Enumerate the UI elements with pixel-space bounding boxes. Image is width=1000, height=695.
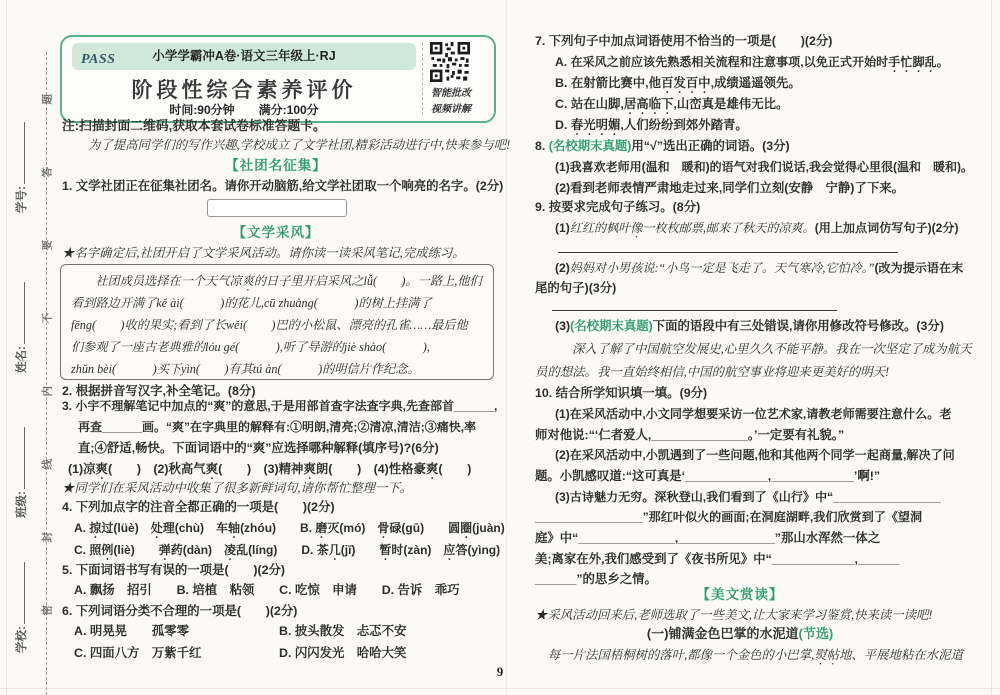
scan-edge-left	[6, 0, 7, 695]
question-6-options-cd: C. 四面八方 万紫千红D. 闪闪发光 哈哈大笑	[74, 643, 406, 663]
seal-char: 密	[40, 602, 55, 616]
question-7-option-b: B. 在射箭比赛中,他百发百中,成绩遥遥领先。	[555, 73, 801, 93]
seal-char: 内	[40, 383, 55, 397]
question-9-sub-2-line-2: 尾的句子)(3分)	[535, 278, 616, 298]
question-10-sub-3-line-3: 庭》中“______________,______________”那山水浑然一…	[535, 528, 880, 548]
question-1-stem: 1. 文学社团正在征集社团名。请你开动脑筋,给文学社团取一个响亮的名字。(2分)	[62, 176, 503, 196]
question-9-passage-line-2: 员的想法。我一直始终相信,中国的航空事业将迎来更美好的明天!	[535, 362, 889, 382]
passage-excerpt-line: 每一片法国梧桐树的落叶,都像一个金色的小巴掌,熨帖地、平展地粘在水泥道	[523, 645, 963, 665]
question-7-option-c: C. 站在山脚,居高临下,山峦真是雄伟无比。	[555, 94, 788, 114]
question-9-sub-1: (1)红红的枫叶像一枚枚邮票,邮来了秋天的凉爽。(用上加点词仿写句子)(2分)	[555, 218, 959, 238]
answer-blank-line[interactable]	[558, 252, 898, 253]
star-note-3: ★采风活动回来后,老师选取了一些美文,让大家来学习鉴赏,快来读一读吧!	[535, 605, 933, 625]
question-3-line-3: 直;④舒适,畅快。下面词语中的“爽”应选择哪种解释(填序号)?(6分)	[78, 438, 439, 458]
section-club-name-header: 【社团名征集】	[60, 156, 492, 176]
student-name-field[interactable]: 姓名:	[13, 243, 29, 373]
question-10-sub-1-line-2: 师对他说:“‘仁者爱人,______________。’一定要有礼貌。”	[535, 425, 844, 445]
question-9-stem: 9. 按要求完成句子练习。(8分)	[535, 197, 700, 217]
paper-header-box: PASS 小学学霸冲A卷·语文三年级上·RJ 阶段性综合素养评价 时间:90分钟…	[60, 35, 496, 123]
page-number: 9	[460, 664, 540, 680]
star-note-2: ★同学们在采风活动中收集了很多新鲜词句,请你帮忙整理一下。	[62, 478, 412, 498]
question-10-sub-2-line-1: (2)在采风活动中,小凯遇到了一些问题,他和其他两个同学一起商量,解决了问	[555, 445, 955, 465]
question-7-option-d: D. 春光明媚,人们纷纷到郊外踏青。	[555, 115, 748, 135]
passage-title: (一)铺满金色巴掌的水泥道(节选)	[520, 624, 960, 644]
scan-edge-bottom	[0, 688, 1000, 689]
seal-char: 题	[40, 91, 55, 105]
notes-line-5: zhǔn bèi( )买下yìn( )有其tú àn( )的明信片作纪念。	[71, 359, 420, 379]
student-id-field[interactable]: 学号:	[13, 83, 29, 213]
question-6-stem: 6. 下列词语分类不合理的一项是( )(2分)	[62, 601, 297, 621]
question-9-sub-3: (3)(名校期末真题)下面的语段中有三处错误,请你用修改符号修改。(3分)	[555, 316, 944, 336]
question-9-passage-line-1: 深入了解了中国航空发展史,心里久久不能平静。我在一次坚定了成为航天	[572, 339, 972, 359]
question-10-sub-2-line-2: 题。小凯感叹道:“这可真是‘____________,____________’…	[535, 466, 880, 486]
question-6-options-ab: A. 明晃晃 孤零零B. 披头散发 忐忑不安	[74, 621, 406, 641]
notes-line-3: fēng( )收的果实;看到了长wěi( )巴的小松鼠、漂亮的孔雀……最后他	[71, 315, 468, 335]
notes-line-2: 看到路边开满了kě ài( )的花儿,cū zhuàng( )的树上挂满了	[71, 293, 432, 313]
question-3-line-2: 再查______画。“爽”在字典里的解释有:①明朗,清亮;②清凉,清洁;③痛快,…	[78, 417, 476, 437]
exam-page: 题 答 要 不 内 线 封 密 学号: 姓名: 班级: 学校: PASS 小学学…	[0, 0, 1000, 695]
class-field[interactable]: 班级:	[13, 388, 29, 518]
intro-line: 为了提高同学们的写作兴趣,学校成立了文学社团,精彩活动进行中,快来参与吧!	[88, 135, 510, 155]
pass-logo: PASS	[81, 46, 115, 73]
write-line[interactable]	[13, 427, 25, 489]
question-10-sub-3-line-4: 美;离家在外,我们感受到了《夜书所见》中“____________,______	[535, 549, 899, 569]
qr-caption-smart-grading: 智能批改	[423, 84, 479, 99]
seal-char: 线	[40, 456, 55, 470]
question-7-option-a: A. 在采风之前应该先熟悉相关流程和注意事项,以免正式开始时手忙脚乱。	[555, 52, 949, 72]
question-5-options: A. 飘扬 招引 B. 培植 粘领 C. 吃惊 申请 D. 告诉 乖巧	[74, 580, 460, 600]
write-line[interactable]	[13, 122, 25, 184]
question-10-sub-3-line-2: ________________”那红叶似火的画面;在洞庭湖畔,我们欣赏到了《望…	[535, 507, 922, 527]
page-title: 阶段性综合素养评价	[72, 74, 416, 104]
qr-code-icon	[430, 42, 470, 82]
question-8-sub-1: (1)我喜欢老师用(温和 暖和)的语气对我们说话,我会觉得心里很(温和 暖和)。	[555, 157, 973, 177]
notes-line-4: 们参观了一座古老典雅的lóu gé( ),听了导游的jiè shào( ),	[71, 337, 430, 357]
seal-char: 要	[40, 237, 55, 251]
star-note-1: ★名字确定后,社团开启了文学采风活动。请你读一读采风笔记,完成练习。	[62, 243, 465, 263]
scan-edge-right	[991, 0, 992, 695]
write-line[interactable]	[13, 282, 25, 344]
question-10-stem: 10. 结合所学知识填一填。(9分)	[535, 383, 707, 403]
club-name-answer-box[interactable]	[207, 199, 347, 217]
question-9-sub-2-line-1: (2)妈妈对小男孩说:“小鸟一定是飞走了。天气寒冷,它怕冷。”(改为提示语在末	[555, 258, 963, 278]
question-10-sub-3-line-1: (3)古诗魅力无穷。深秋登山,我们看到了《山行》中“______________…	[555, 487, 941, 507]
question-7-stem: 7. 下列句子中加点词语使用不恰当的一项是( )(2分)	[535, 31, 832, 51]
seal-char: 不	[40, 310, 55, 324]
seal-dashed-line	[46, 52, 47, 695]
question-4-options-ab: A. 掠过(lüè) 处理(chù) 车轴(zhóu) B. 磨灭(mó) 骨碌…	[74, 518, 505, 538]
section-meiwen-header: 【美文赏读】	[520, 585, 960, 605]
notes-line-1: 社团成员选择在一个天气凉爽的日子里开启采风之lǚ( )。一路上,他们	[71, 271, 482, 291]
question-3-line-4: (1)凉爽( ) (2)秋高气爽( ) (3)精神爽朗( ) (4)性格豪爽( …	[68, 459, 471, 479]
write-line[interactable]	[13, 562, 25, 624]
seal-char: 封	[40, 529, 55, 543]
question-8-sub-2: (2)看到老师表情严肃地走过来,同学们立刻(安静 宁静)了下来。	[555, 178, 904, 198]
qr-caption-video-explain: 视频讲解	[423, 100, 479, 115]
series-title: 小学学霸冲A卷·语文三年级上·RJ	[152, 49, 335, 63]
question-10-sub-1-line-1: (1)在采风活动中,小文同学想要采访一位艺术家,请教老师需要注意什么。老	[555, 404, 951, 424]
school-field[interactable]: 学校:	[13, 523, 29, 653]
question-4-stem: 4. 下列加点字的注音全都正确的一项是( )(2分)	[62, 497, 335, 517]
section-caifeng-header: 【文学采风】	[60, 223, 492, 243]
scan-note: 注:扫描封面二维码,获取本套试卷标准答题卡。	[62, 116, 326, 136]
seal-char: 答	[40, 164, 55, 178]
question-5-stem: 5. 下面词语书写有误的一项是( )(2分)	[62, 560, 285, 580]
column-fold-line	[506, 0, 507, 695]
answer-blank-line[interactable]	[552, 310, 837, 311]
question-8-stem: 8. (名校期末真题)用“√”选出正确的词语。(3分)	[535, 136, 790, 156]
question-4-options-cd: C. 照例(liè) 弹药(dàn) 凌乱(líng) D. 茶几(jī) 暂时…	[74, 540, 500, 560]
series-band: PASS 小学学霸冲A卷·语文三年级上·RJ	[72, 43, 416, 70]
field-notes-box: 社团成员选择在一个天气凉爽的日子里开启采风之lǚ( )。一路上,他们 看到路边开…	[60, 264, 494, 380]
question-3-line-1: 3. 小宇不理解笔记中加点的“爽”的意思,于是用部首查字法查字典,先查部首___…	[62, 396, 497, 416]
